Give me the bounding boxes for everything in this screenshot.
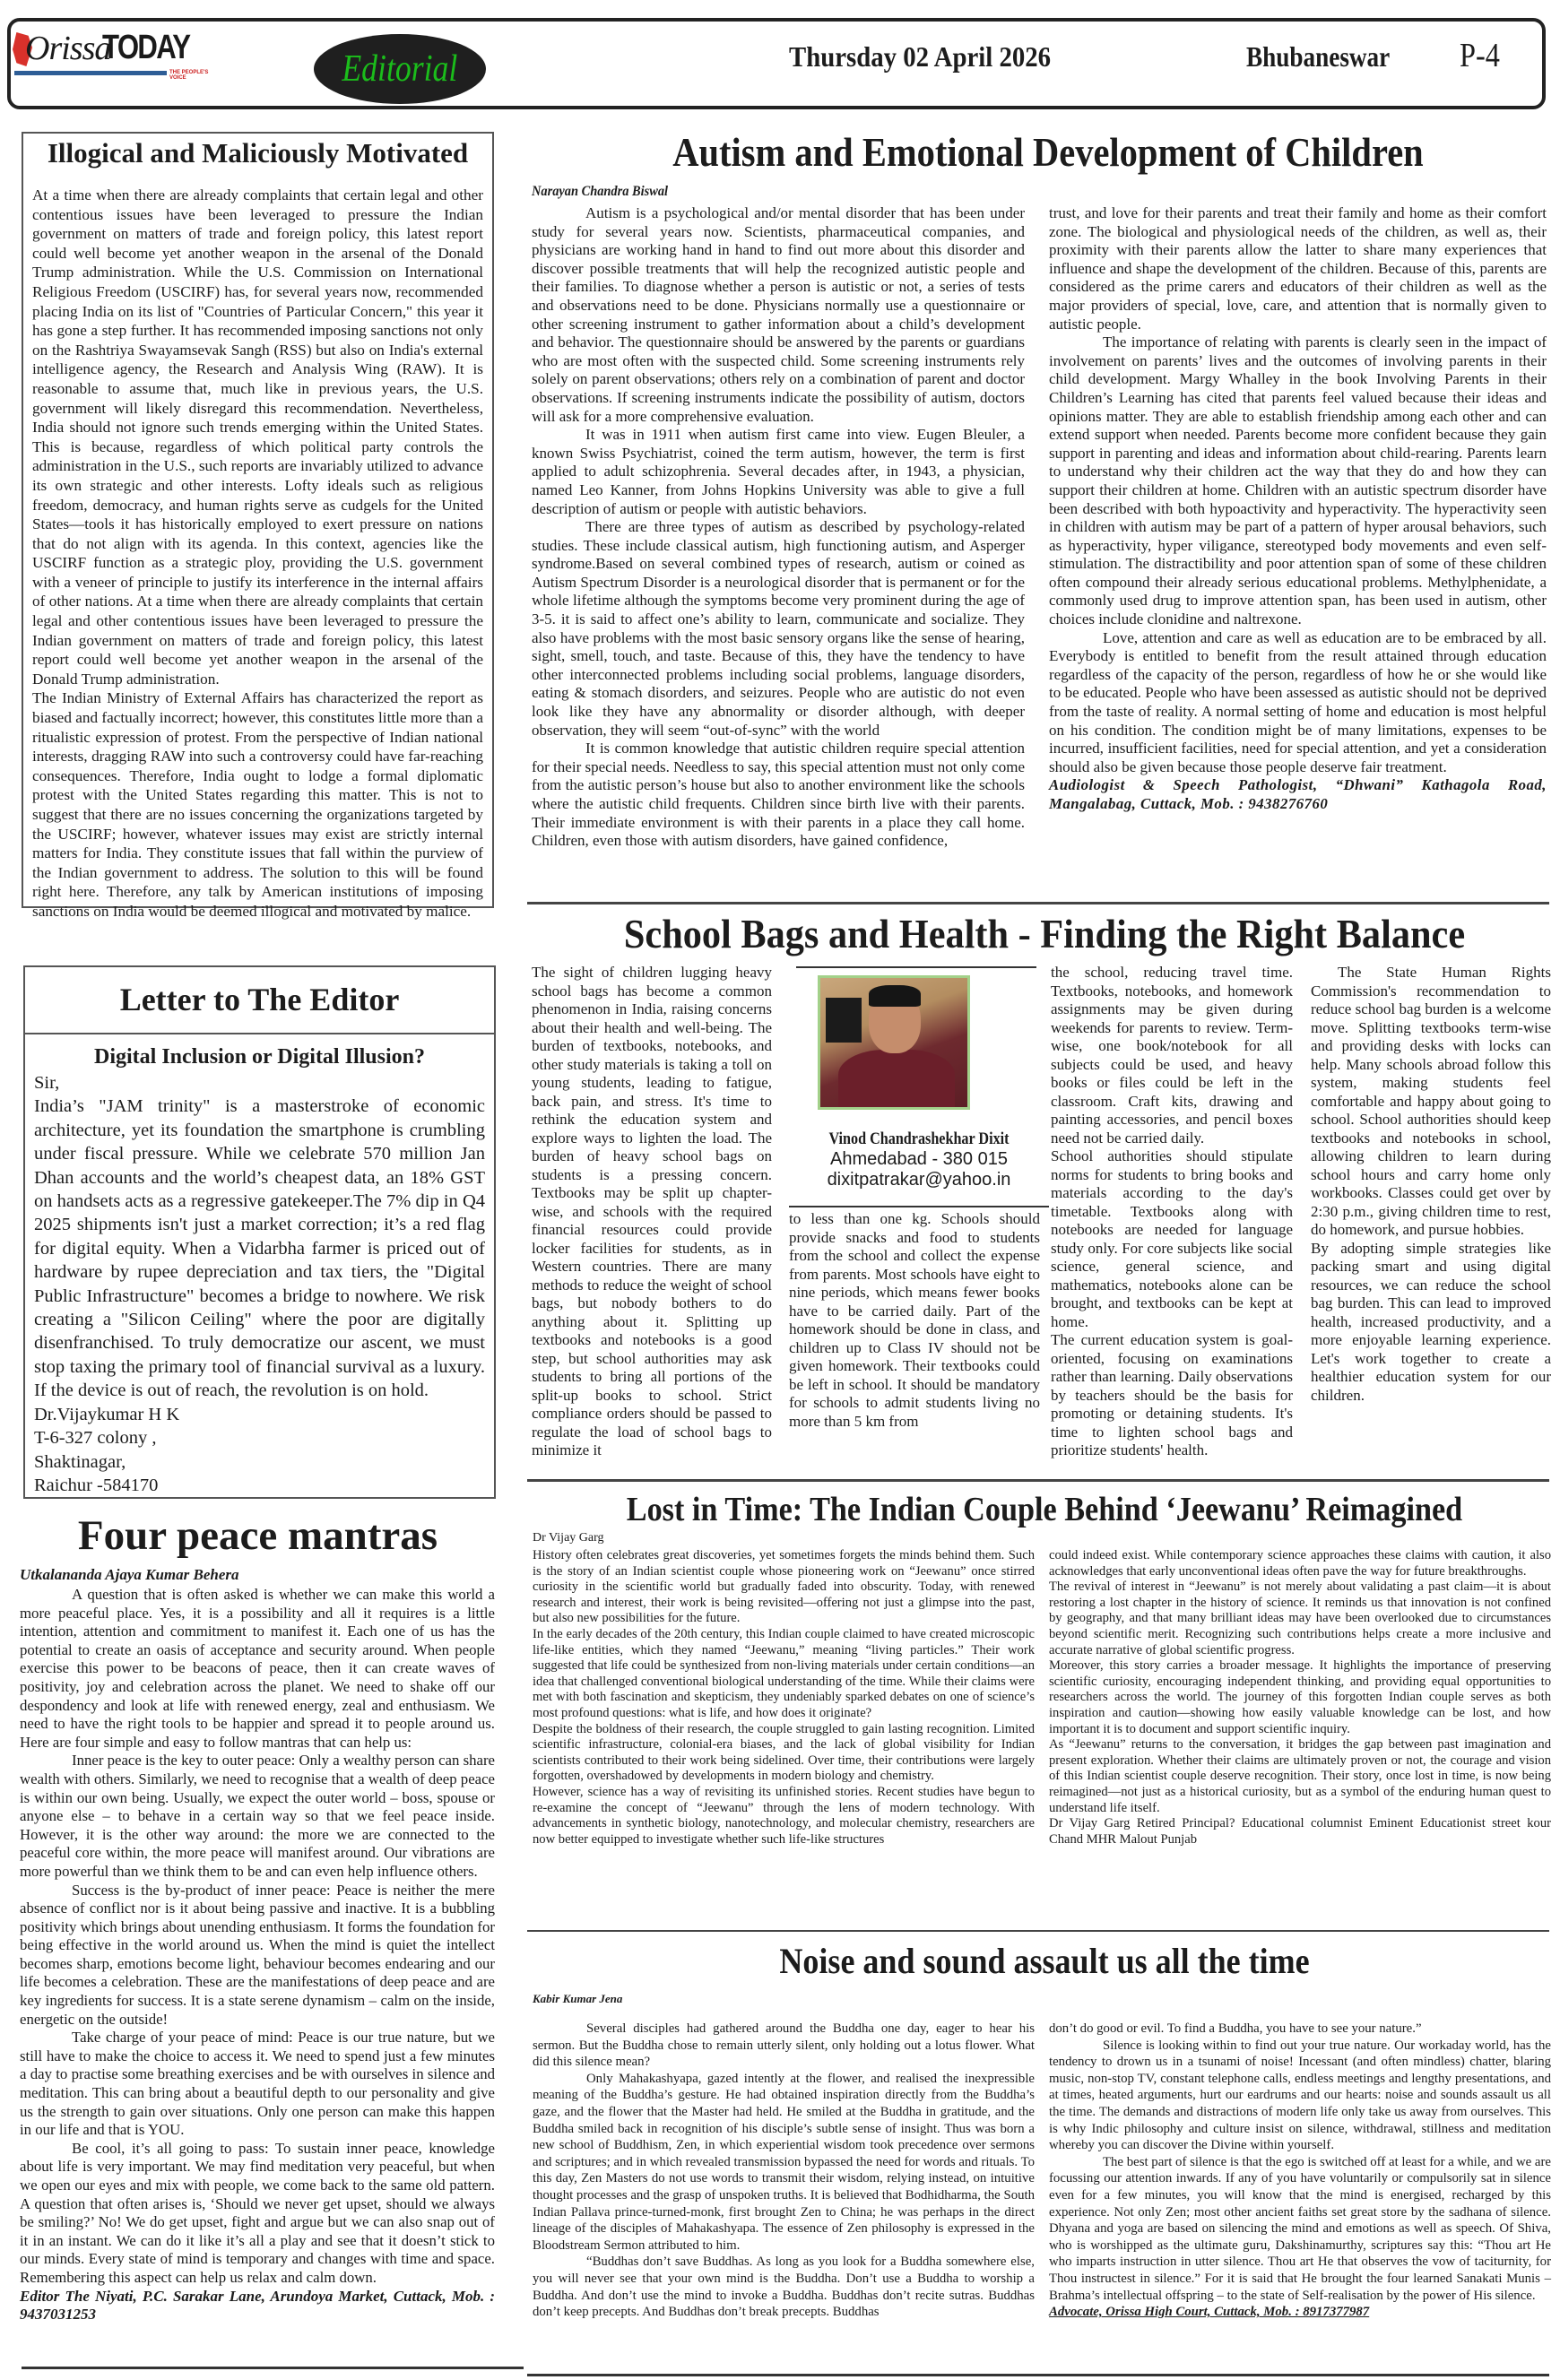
letter-text: India’s "JAM trinity" is a masterstroke … bbox=[34, 1095, 485, 1402]
editorial-body: At a time when there are already complai… bbox=[32, 186, 483, 922]
article-byline: Dr Vijay Garg bbox=[533, 1531, 604, 1545]
divider bbox=[796, 966, 1036, 968]
letter-signature-line: Raichur -584170 bbox=[34, 1474, 485, 1497]
letter-body: Sir, India’s "JAM trinity" is a masterst… bbox=[25, 1069, 494, 1497]
editorial-section-badge: Editorial bbox=[314, 34, 486, 104]
paragraph: don’t do good or evil. To find a Buddha,… bbox=[1049, 2021, 1551, 2038]
paragraph: Despite the boldness of their research, … bbox=[533, 1722, 1035, 1785]
editorial-title: Illogical and Maliciously Motivated bbox=[23, 137, 492, 169]
article-column: The sight of children lugging heavy scho… bbox=[532, 964, 772, 1460]
paragraph: The importance of relating with parents … bbox=[1049, 333, 1547, 629]
article-title-autism: Autism and Emotional Development of Chil… bbox=[587, 129, 1509, 176]
article-title-noise: Noise and sound assault us all the time bbox=[581, 1940, 1509, 1982]
letter-section-title: Letter to The Editor bbox=[25, 967, 494, 1034]
article-column: Several disciples had gathered around th… bbox=[533, 2021, 1035, 2321]
author-signature: Dr Vijay Garg Retired Principal? Educati… bbox=[1049, 1816, 1551, 1848]
paragraph: Moreover, this story carries a broader m… bbox=[1049, 1658, 1551, 1737]
article-title-jeewanu: Lost in Time: The Indian Couple Behind ‘… bbox=[581, 1490, 1509, 1529]
paragraph: There are three types of autism as descr… bbox=[532, 518, 1025, 740]
author-signature: Advocate, Orissa High Court, Cuttack, Mo… bbox=[1049, 2304, 1551, 2321]
article-column: The State Human Rights Commission's reco… bbox=[1311, 964, 1551, 1405]
author-photo bbox=[818, 975, 970, 1110]
author-email[interactable]: dixitpatrakar@yahoo.in bbox=[789, 1170, 1049, 1190]
paragraph: History often celebrates great discoveri… bbox=[533, 1548, 1035, 1627]
letter-title: Digital Inclusion or Digital Illusion? bbox=[25, 1045, 494, 1069]
article-byline: Narayan Chandra Biswal bbox=[532, 184, 668, 200]
paragraph: At a time when there are already complai… bbox=[32, 186, 483, 688]
paragraph: Inner peace is the key to outer peace: O… bbox=[20, 1752, 495, 1881]
divider bbox=[527, 1479, 1549, 1482]
paragraph: Only Mahakashyapa, gazed intently at the… bbox=[533, 2071, 1035, 2255]
issue-date: Thursday 02 April 2026 bbox=[789, 40, 1051, 74]
paragraph: Autism is a psychological and/or mental … bbox=[532, 204, 1025, 426]
logo-underline bbox=[14, 71, 167, 75]
editorial-box-illogical: Illogical and Maliciously Motivated At a… bbox=[22, 132, 494, 908]
letter-signature-line: T-6-327 colony , bbox=[34, 1426, 485, 1450]
paragraph: the school, reducing travel time. Textbo… bbox=[1051, 964, 1293, 1147]
letter-signature-line: Shaktinagar, bbox=[34, 1450, 485, 1474]
paragraph: However, science has a way of revisiting… bbox=[533, 1785, 1035, 1848]
paragraph: As “Jeewanu” returns to the conversation… bbox=[1049, 1737, 1551, 1816]
author-signature: Editor The Niyati, P.C. Sarakar Lane, Ar… bbox=[20, 2288, 495, 2324]
article-column: could indeed exist. While contemporary s… bbox=[1049, 1548, 1551, 1848]
paragraph: In the early decades of the 20th century… bbox=[533, 1627, 1035, 1722]
article-title-peace: Four peace mantras bbox=[22, 1511, 494, 1560]
paragraph: to less than one kg. Schools should prov… bbox=[789, 1210, 1040, 1431]
paragraph: “Buddhas don’t save Buddhas. As long as … bbox=[533, 2254, 1035, 2320]
divider bbox=[22, 2367, 524, 2369]
paragraph: By adopting simple strategies like packi… bbox=[1311, 1240, 1551, 1406]
divider bbox=[789, 1206, 1049, 1207]
paragraph: The current education system is goal-ori… bbox=[1051, 1331, 1293, 1460]
article-column: don’t do good or evil. To find a Buddha,… bbox=[1049, 2021, 1551, 2321]
letter-to-editor-box: Letter to The Editor Digital Inclusion o… bbox=[23, 965, 496, 1499]
paragraph: The State Human Rights Commission's reco… bbox=[1311, 964, 1551, 1240]
paragraph: Take charge of your peace of mind: Peace… bbox=[20, 2029, 495, 2140]
author-credit: Vinod Chandrashekhar Dixit Ahmedabad - 3… bbox=[789, 1129, 1049, 1190]
article-column: the school, reducing travel time. Textbo… bbox=[1051, 964, 1293, 1460]
author-signature: Audiologist & Speech Pathologist, “Dhwan… bbox=[1049, 776, 1547, 813]
paragraph: A question that is often asked is whethe… bbox=[20, 1586, 495, 1752]
article-byline: Utkalananda Ajaya Kumar Behera bbox=[20, 1566, 239, 1584]
paragraph: could indeed exist. While contemporary s… bbox=[1049, 1548, 1551, 1579]
letter-signature-line: Dr.Vijaykumar H K bbox=[34, 1403, 485, 1426]
paragraph: The Indian Ministry of External Affairs … bbox=[32, 688, 483, 921]
paragraph: Several disciples had gathered around th… bbox=[533, 2021, 1035, 2071]
page-number: P-4 bbox=[1460, 36, 1500, 75]
article-column: to less than one kg. Schools should prov… bbox=[789, 1210, 1040, 1431]
author-name: Vinod Chandrashekhar Dixit bbox=[809, 1129, 1030, 1149]
paragraph: trust, and love for their parents and tr… bbox=[1049, 204, 1547, 333]
logo-tagline: THE PEOPLE'S VOICE bbox=[169, 70, 219, 81]
article-column: Autism is a psychological and/or mental … bbox=[532, 204, 1025, 851]
article-column: History often celebrates great discoveri… bbox=[533, 1548, 1035, 1848]
paragraph: The revival of interest in “Jeewanu” is … bbox=[1049, 1579, 1551, 1658]
divider bbox=[527, 902, 1549, 904]
logo-word-today: TODAY bbox=[102, 29, 189, 67]
article-body-peace: A question that is often asked is whethe… bbox=[20, 1586, 495, 2324]
paragraph: Silence is looking within to find out yo… bbox=[1049, 2038, 1551, 2154]
orissa-today-logo[interactable]: Orissa TODAY THE PEOPLE'S VOICE bbox=[13, 27, 219, 90]
divider bbox=[527, 1930, 1549, 1932]
paragraph: The best part of silence is that the ego… bbox=[1049, 2154, 1551, 2304]
paragraph: Success is the by-product of inner peace… bbox=[20, 1882, 495, 2029]
edition-city: Bhubaneswar bbox=[1246, 40, 1390, 74]
paragraph: School authorities should stipulate norm… bbox=[1051, 1147, 1293, 1331]
logo-word-orissa: Orissa bbox=[25, 29, 110, 68]
paragraph: It is common knowledge that autistic chi… bbox=[532, 740, 1025, 851]
divider bbox=[527, 2374, 1549, 2376]
letter-salutation: Sir, bbox=[34, 1071, 485, 1095]
paragraph: Be cool, it’s all going to pass: To sust… bbox=[20, 2140, 495, 2288]
paragraph: The sight of children lugging heavy scho… bbox=[532, 964, 772, 1460]
author-city: Ahmedabad - 380 015 bbox=[789, 1149, 1049, 1170]
paragraph: It was in 1911 when autism first came in… bbox=[532, 426, 1025, 518]
article-title-school-bags: School Bags and Health - Finding the Rig… bbox=[570, 910, 1519, 957]
section-badge-label: Editorial bbox=[342, 48, 458, 91]
article-byline: Kabir Kumar Jena bbox=[533, 1992, 622, 2006]
article-column: trust, and love for their parents and tr… bbox=[1049, 204, 1547, 814]
paragraph: Love, attention and care as well as educ… bbox=[1049, 629, 1547, 777]
